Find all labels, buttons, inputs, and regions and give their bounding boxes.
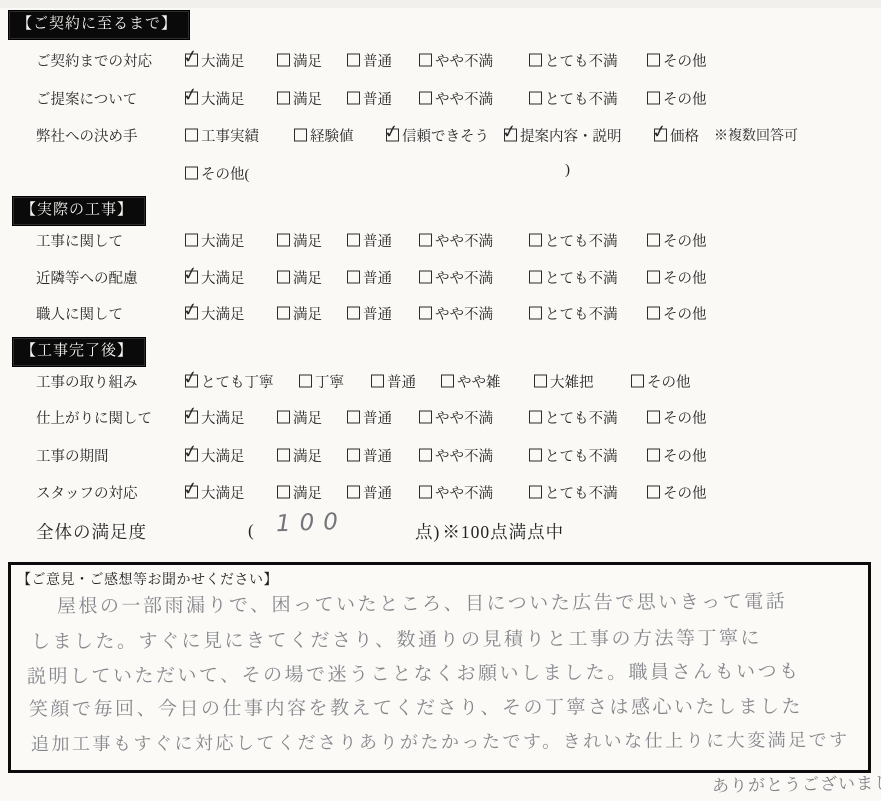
overall-score-value-handwritten: 100	[276, 509, 348, 537]
row-label: 仕上がりに関して	[36, 407, 184, 428]
checkbox-option[interactable]: やや不満	[418, 88, 528, 109]
checkbox-option[interactable]: 普通	[346, 482, 418, 503]
checkbox-option[interactable]: その他	[646, 303, 707, 324]
checkbox-option[interactable]: 満足	[276, 88, 346, 109]
checkbox-option[interactable]: やや不満	[418, 267, 528, 288]
survey-row-workmanship: 工事の取り組み とても丁寧 丁寧 普通 やや雑 大雑把 その他	[36, 370, 691, 392]
checkbox-option[interactable]: 満足	[276, 267, 346, 288]
checkbox-option[interactable]: やや不満	[418, 230, 528, 251]
overall-score-row: 全体の満足度 ( 100 点)※100点満点中	[36, 516, 147, 546]
checkbox-option[interactable]: 普通	[370, 371, 440, 392]
checkbox-option[interactable]: その他	[646, 445, 707, 466]
handwritten-line: 説明していただいて、その場で迷うことなくお願いしました。職員さんもいつも	[27, 656, 801, 688]
section-header-completion: 【工事完了後】	[12, 337, 146, 367]
handwritten-line: しました。すぐに見にきてくださり、数通りの見積りと工事の方法等丁寧に	[31, 623, 762, 654]
survey-row-other-writein: その他( )	[36, 162, 249, 184]
paren-close: )	[565, 162, 570, 179]
checkbox-option[interactable]: 価格	[653, 125, 708, 146]
checkbox-option[interactable]: 大満足	[184, 88, 276, 109]
checkbox-option[interactable]: その他	[646, 482, 707, 503]
checkbox-option[interactable]: その他	[646, 267, 707, 288]
comments-title: 【ご意見・ご感想等お聞かせください】	[17, 569, 278, 589]
checkbox-option[interactable]: 大満足	[184, 303, 276, 324]
checkbox-option[interactable]: とても不満	[528, 230, 646, 251]
checkbox-option[interactable]: 満足	[276, 303, 346, 324]
checkbox-option[interactable]: 経験値	[293, 125, 385, 146]
score-max-note: ※100点満点中	[442, 522, 564, 542]
row-label: 工事の取り組み	[36, 371, 184, 392]
score-unit: 点)	[415, 522, 440, 542]
row-label: スタッフの対応	[36, 482, 184, 503]
checkbox-option[interactable]: その他	[630, 371, 691, 392]
survey-row-proposal: ご提案について 大満足 満足 普通 やや不満 とても不満 その他	[36, 87, 707, 109]
checkbox-option[interactable]: とても不満	[528, 88, 646, 109]
survey-row-deciding-factor: 弊社への決め手 工事実績 経験値 信頼できそう 提案内容・説明 価格 ※複数回答…	[36, 124, 798, 146]
checkbox-option[interactable]: とても不満	[528, 303, 646, 324]
checkbox-option[interactable]: やや不満	[418, 303, 528, 324]
row-label: 職人に関して	[36, 303, 184, 324]
checkbox-option[interactable]: 普通	[346, 407, 418, 428]
checkbox-option[interactable]: 普通	[346, 445, 418, 466]
row-label: 工事に関して	[36, 230, 184, 251]
checkbox-option[interactable]: その他	[646, 407, 707, 428]
checkbox-option[interactable]: 満足	[276, 445, 346, 466]
checkbox-option[interactable]: やや不満	[418, 482, 528, 503]
checkbox-option[interactable]: 大満足	[184, 267, 276, 288]
checkbox-option[interactable]: とても不満	[528, 50, 646, 71]
checkbox-option[interactable]: その他	[646, 88, 707, 109]
checkbox-option[interactable]: 普通	[346, 50, 418, 71]
checkbox-option[interactable]: 満足	[276, 50, 346, 71]
row-label: 弊社への決め手	[36, 125, 184, 146]
checkbox-option[interactable]: その他	[646, 50, 707, 71]
checkbox-option[interactable]: 普通	[346, 230, 418, 251]
checkbox-option[interactable]: 満足	[276, 230, 346, 251]
overall-score-unit-wrap: 点)※100点満点中	[415, 519, 564, 544]
checkbox-option[interactable]: 信頼できそう	[385, 125, 503, 146]
row-label: ご提案について	[36, 88, 184, 109]
checkbox-option[interactable]: 提案内容・説明	[503, 125, 653, 146]
section-header-construction: 【実際の工事】	[12, 196, 146, 226]
checkbox-option[interactable]: 大満足	[184, 230, 276, 251]
checkbox-option[interactable]: やや不満	[418, 445, 528, 466]
handwritten-line: 屋根の一部雨漏りで、困っていたところ、目についた広告で思いきって電話	[57, 586, 787, 618]
checkbox-option[interactable]: 満足	[276, 407, 346, 428]
checkbox-option[interactable]: 大満足	[184, 482, 276, 503]
row-label: ご契約までの対応	[36, 50, 184, 71]
checkbox-option[interactable]: とても丁寧	[184, 371, 298, 392]
checkbox-option[interactable]: 大満足	[184, 407, 276, 428]
paren-open: (	[248, 521, 255, 541]
checkbox-option[interactable]: とても不満	[528, 267, 646, 288]
checkbox-option[interactable]: 工事実績	[184, 125, 293, 146]
checkbox-option[interactable]: その他(	[184, 163, 249, 184]
handwritten-line: 笑顔で毎回、今日の仕事内容を教えてくださり、その丁寧さは感心いたしました	[29, 692, 803, 722]
checkbox-option[interactable]: やや不満	[418, 50, 528, 71]
row-label: 工事の期間	[36, 445, 184, 466]
checkbox-option[interactable]: 満足	[276, 482, 346, 503]
survey-row-duration: 工事の期間 大満足 満足 普通 やや不満 とても不満 その他	[36, 444, 707, 466]
checkbox-option[interactable]: 大満足	[184, 50, 276, 71]
survey-row-contract-response: ご契約までの対応 大満足 満足 普通 やや不満 とても不満 その他	[36, 49, 707, 71]
checkbox-option[interactable]: 普通	[346, 88, 418, 109]
checkbox-option[interactable]: とても不満	[528, 407, 646, 428]
checkbox-option[interactable]: とても不満	[528, 482, 646, 503]
checkbox-option[interactable]: 普通	[346, 303, 418, 324]
survey-row-construction: 工事に関して 大満足 満足 普通 やや不満 とても不満 その他	[36, 229, 707, 251]
checkbox-option[interactable]: やや不満	[418, 407, 528, 428]
checkbox-option[interactable]: その他	[646, 230, 707, 251]
row-label: 近隣等への配慮	[36, 267, 184, 288]
multiple-answers-note: ※複数回答可	[714, 125, 798, 145]
comments-box: 【ご意見・ご感想等お聞かせください】 屋根の一部雨漏りで、困っていたところ、目に…	[8, 562, 871, 773]
overall-score-label: 全体の満足度	[36, 519, 147, 544]
survey-row-finish: 仕上がりに関して 大満足 満足 普通 やや不満 とても不満 その他	[36, 406, 707, 428]
checkbox-option[interactable]: やや雑	[440, 371, 533, 392]
checkbox-option[interactable]: 普通	[346, 267, 418, 288]
handwritten-line: 追加工事もすぐに対応してくださりありがたかったです。きれいな仕上りに大変満足です	[31, 726, 850, 756]
survey-row-staff: スタッフの対応 大満足 満足 普通 やや不満 とても不満 その他	[36, 481, 707, 503]
survey-row-craftsmen: 職人に関して 大満足 満足 普通 やや不満 とても不満 その他	[36, 302, 707, 324]
scanned-survey-form: { "sections": [ { "title": "【ご契約に至るまで】",…	[0, 0, 881, 801]
checkbox-option[interactable]: 大雑把	[533, 371, 630, 392]
checkbox-option[interactable]: 丁寧	[298, 371, 370, 392]
section-header-contract: 【ご契約に至るまで】	[8, 10, 190, 40]
survey-row-neighbors: 近隣等への配慮 大満足 満足 普通 やや不満 とても不満 その他	[36, 266, 707, 288]
checkbox-option[interactable]: 大満足	[184, 445, 276, 466]
checkbox-option[interactable]: とても不満	[528, 445, 646, 466]
thank-you-note-handwritten: ありがとうございました	[712, 768, 881, 796]
